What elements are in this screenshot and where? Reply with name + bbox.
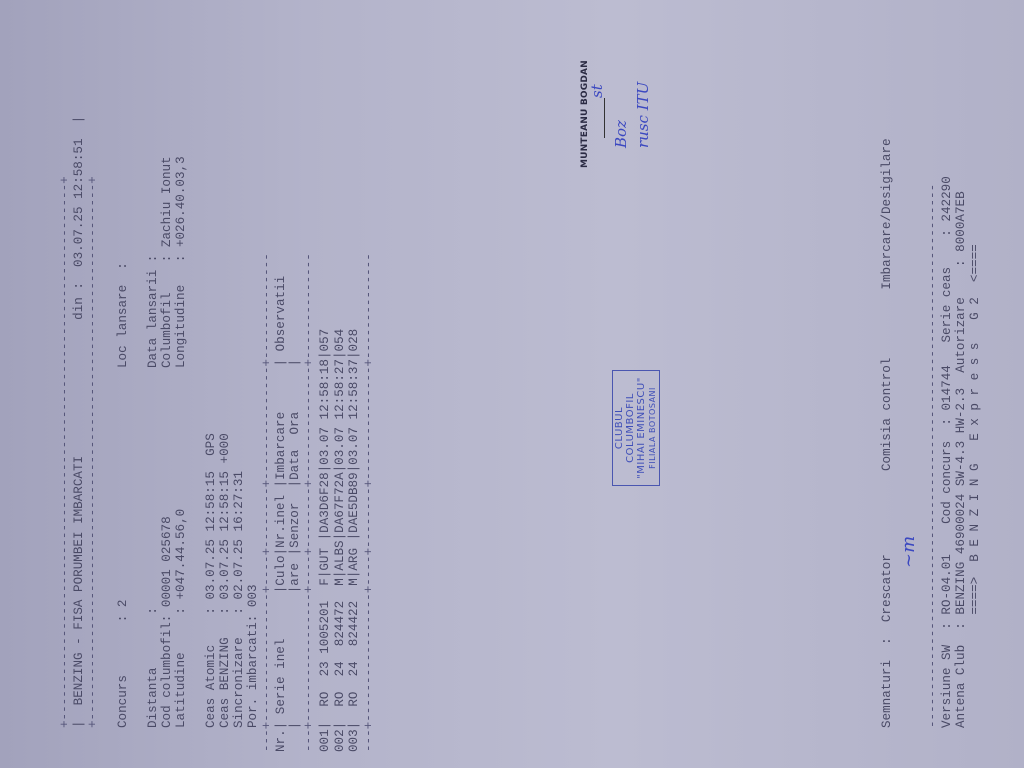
stamp-line-1: CLUBUL COLUMBOFIL [614,374,636,482]
handwritten-note-1: Boz [614,120,629,148]
handwritten-note-2: rusc ITU [636,82,651,148]
document-title: BENZING - FISA PORUMBEI IMBARCATI [72,456,86,705]
divider: +---------------------------------------… [86,176,101,728]
data-lansarii: Data lansarii : [146,255,161,368]
col-data-ora: Data Ora [288,412,302,480]
versiune-value: : RO-04.01 [940,554,954,630]
longitudine-row: Longitudine : +026.40.03,3 [174,156,189,368]
autorizare-label: Autorizare [954,297,968,373]
latitudine-row: Latitudine : +047.44.56,0 [174,509,189,728]
signature-line [604,98,605,138]
col-serie-inel: Serie inel [274,639,288,715]
signatures-label: Semnaturi [880,660,894,728]
loc-lansare: Loc lansare : [116,262,131,368]
table-row: 003| RO 24 824422 M|ARG |DAE5DB89|03.07 … [347,329,362,752]
loc-lansare-value: : [116,262,130,270]
col-nr: Nr. [274,729,288,752]
antena-value: : BENZING 46900024 SW-4.3 HW-2.3 [954,388,968,630]
serie-ceas-label: Serie ceas [940,267,954,343]
distanta-label: Distanta [146,668,160,728]
stamp-line-2: "MIHAI EMINESCU" [636,374,647,482]
ceas-benzing-row: Ceas BENZING : 03.07.25 12:58:15 +000 [218,433,233,728]
divider: ---+-----------------+----+--------+----… [302,253,317,752]
longitudine-value: : +026.40.03,3 [174,156,188,262]
loc-lansare-label: Loc lansare [116,285,130,368]
concurs-value: : 2 [116,600,130,623]
sincronizare-value: : 02.07.25 16:27:31 [232,471,246,615]
autorizare-value: : 8000A7EB [954,191,968,267]
col-culoare: Culo [274,555,288,585]
sincronizare-row: Sincronizare : 02.07.25 16:27:31 [232,471,247,728]
ceas-atomic-label: Ceas Atomic [204,645,218,728]
table-header-row-2: | |are |Senzor |Data Ora | [288,359,303,752]
cod-concurs-label: Cod concurs [940,441,954,524]
concurs-row: Concurs : 2 [116,600,131,729]
crescator-signature: ~m [902,536,917,568]
antena-label: Antena Club [954,645,968,728]
cod-columbofil-value: 00001 025678 [160,516,174,607]
handwritten-signature: st [590,84,605,98]
serie-ceas-value: : 242290 [940,176,954,236]
date-label: din : [72,282,86,320]
por-imbarcati-label: Por. imbarcati: [246,615,260,728]
divider: ---+-----------------+----+--------+----… [260,253,275,752]
table-row: 001| RO 23 1005201 F|GUT |DA3D6F28|03.07… [318,329,333,752]
columbofil-row: Columbofil : Zachiu Ionut [160,156,175,368]
header-row: | BENZING - FISA PORUMBEI IMBARCATI din … [72,116,87,728]
ceas-atomic-row: Ceas Atomic : 03.07.25 12:58:15 GPS [204,433,219,728]
col-senzor: Senzor [288,503,302,548]
col-observatii: Observatii [274,276,288,352]
distanta-row: Distanta : [146,607,161,728]
cod-concurs-value: : 014744 [940,365,954,425]
data-lansarii-label: Data lansarii [146,270,160,368]
divider: +---------------------------------------… [58,176,73,728]
versiune-label: Versiune SW [940,645,954,728]
divider: ---+-----------------+----+--------+----… [362,253,377,752]
data-lansarii-value: : [146,255,160,263]
boarding-sheet: +---------------------------------------… [0,0,1024,768]
benzing-banner: ====> B E N Z I N G E x p r e s s G 2 <=… [968,244,982,614]
name-stamp: MUNTEANU BOGDAN [578,60,593,168]
ceas-benzing-value: : 03.07.25 12:58:15 +000 [218,433,232,614]
ceas-atomic-value: : 03.07.25 12:58:15 GPS [204,433,218,614]
table-header-row-1: Nr.| Serie inel |Culo|Nr.inel |Imbarcare… [274,276,289,752]
crescator-label: : Crescator [880,554,894,645]
sincronizare-label: Sincronizare [232,637,246,728]
ceas-benzing-label: Ceas BENZING [218,637,232,728]
por-imbarcati-row: Por. imbarcati: 003 [246,584,261,728]
cod-columbofil-label: Cod columbofil: [160,615,174,728]
columbofil-value: : Zachiu Ionut [160,156,174,262]
col-nr-inel: Nr.inel [274,495,288,548]
latitudine-value: : +047.44.56,0 [174,509,188,615]
imbarcare-desigilare-label: Imbarcare/Desigilare [880,138,894,289]
divider: ----------------------------------------… [926,184,941,728]
cod-columbofil-row: Cod columbofil: 00001 025678 [160,516,175,728]
concurs-label: Concurs [116,675,130,728]
antena-row: Antena Club : BENZING 46900024 SW-4.3 HW… [954,191,969,728]
stamp-line-3: FILIALA BOTOSANI [647,374,658,482]
banner-row: ====> B E N Z I N G E x p r e s s G 2 <=… [968,244,983,728]
latitudine-label: Latitudine [174,652,188,728]
por-imbarcati-value: 003 [246,584,260,607]
club-stamp: CLUBUL COLUMBOFIL "MIHAI EMINESCU" FILIA… [612,370,660,486]
longitudine-label: Longitudine [174,285,188,368]
signatures-row: Semnaturi : Crescator Comisia control Im… [880,138,895,728]
col-imbarcare: Imbarcare [274,412,288,480]
columbofil-label: Columbofil [160,292,174,368]
versiune-row: Versiune SW : RO-04.01 Cod concurs : 014… [940,176,955,728]
print-date: 03.07.25 12:58:51 [72,138,86,266]
table-row: 002| RO 24 824472 M|ALBS|DA67F72A|03.07 … [333,329,348,752]
comisia-label: Comisia control [880,358,894,471]
distanta-value: : [146,607,160,615]
document-photo: +---------------------------------------… [0,0,1024,768]
col-culoare-2: are [288,563,302,586]
